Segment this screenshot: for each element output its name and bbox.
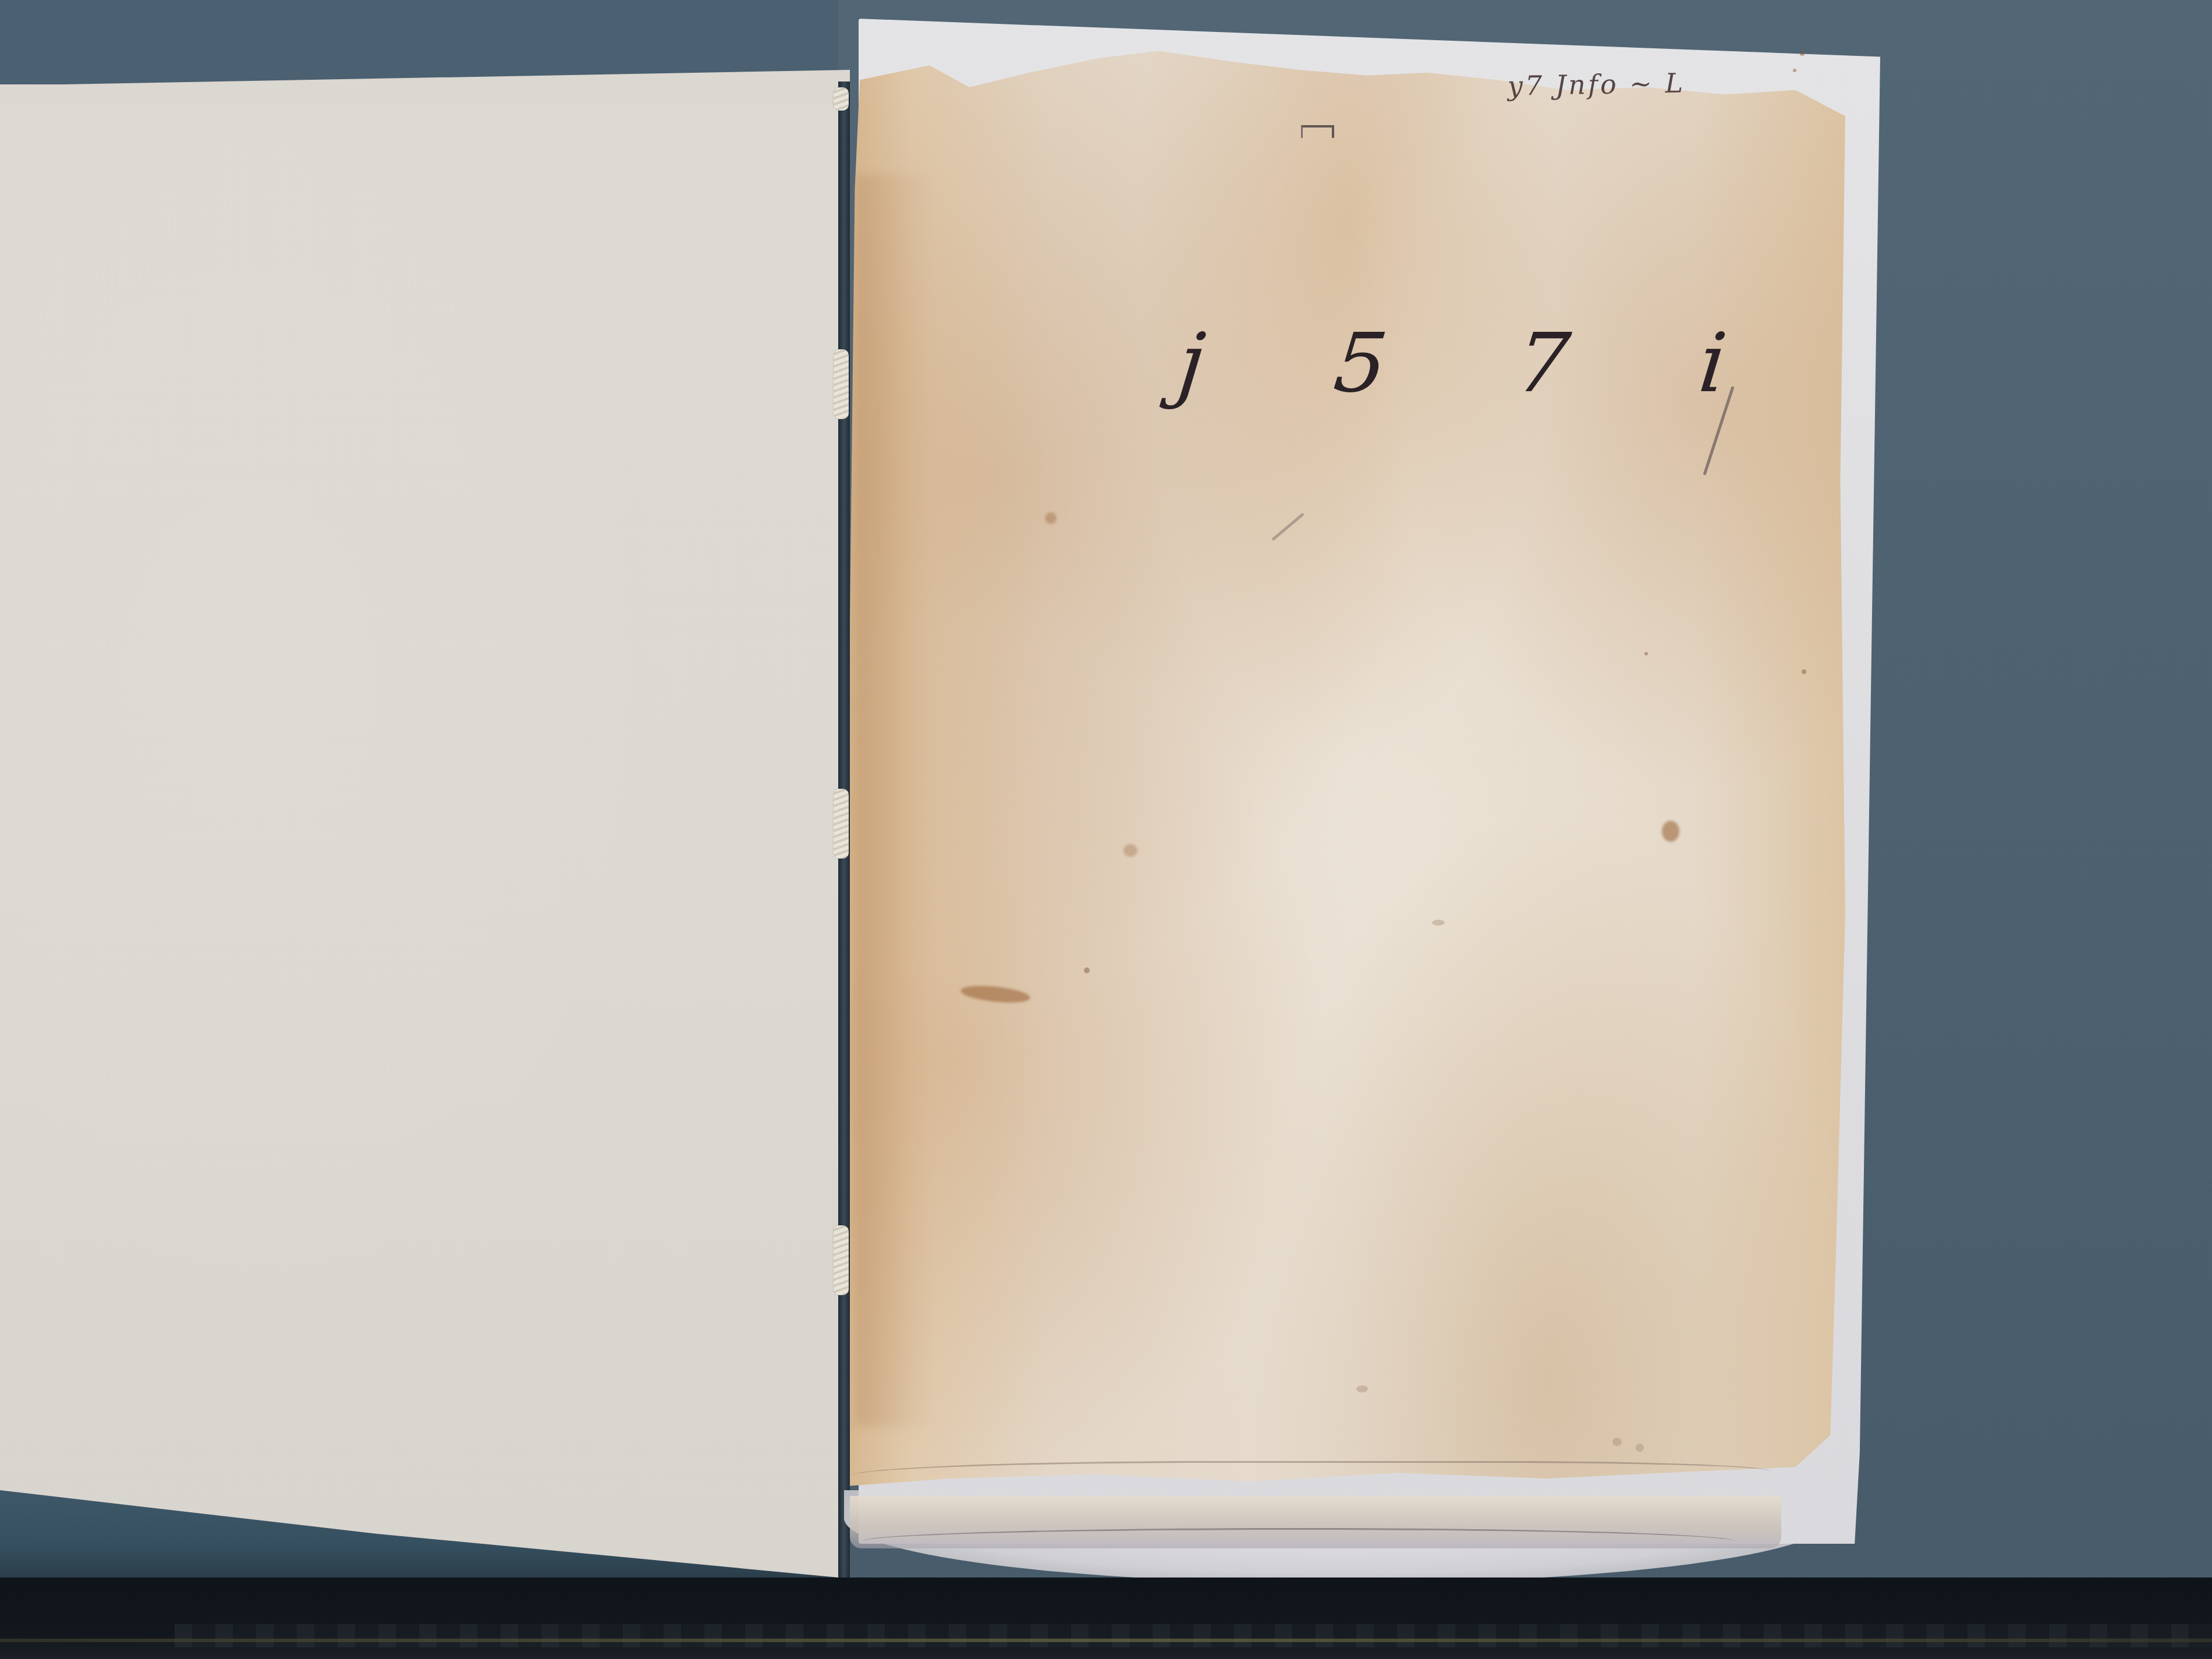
table-edge-line [0, 1639, 2212, 1642]
manuscript-page [850, 44, 1845, 1493]
foxing-spot [1802, 669, 1806, 674]
foxing-spot [1084, 967, 1090, 973]
binding-stitch [834, 87, 849, 111]
table-edge-texture [175, 1624, 2212, 1647]
binding-stitch [834, 789, 849, 859]
foxing-spot [1800, 51, 1805, 56]
top-right-inscription: y7 Jnfo ~ L [1508, 67, 1686, 101]
brown-stain [1662, 821, 1679, 842]
water-stain-left [856, 175, 931, 1426]
brown-stain [1123, 844, 1137, 857]
binding-stitch [834, 1225, 849, 1295]
foxing-spot [1793, 69, 1796, 72]
foxing-spot [1432, 920, 1445, 926]
blank-guard-sheet [0, 84, 838, 1578]
foxing-spot [1644, 652, 1648, 655]
manuscript-date-heading: j 5 7 i [1175, 323, 1783, 405]
foxing-spot [1356, 1385, 1368, 1392]
tide-line-stain [850, 1461, 1770, 1486]
background-board-top [0, 0, 838, 84]
foxing-spot [1636, 1444, 1644, 1452]
brown-stain [1045, 512, 1057, 524]
small-ink-mark [1301, 125, 1334, 138]
archival-photo-scene: j 5 7 i y7 Jnfo ~ L [0, 0, 2212, 1659]
binding-stitch [834, 349, 849, 419]
foxing-spot [1612, 1438, 1622, 1446]
